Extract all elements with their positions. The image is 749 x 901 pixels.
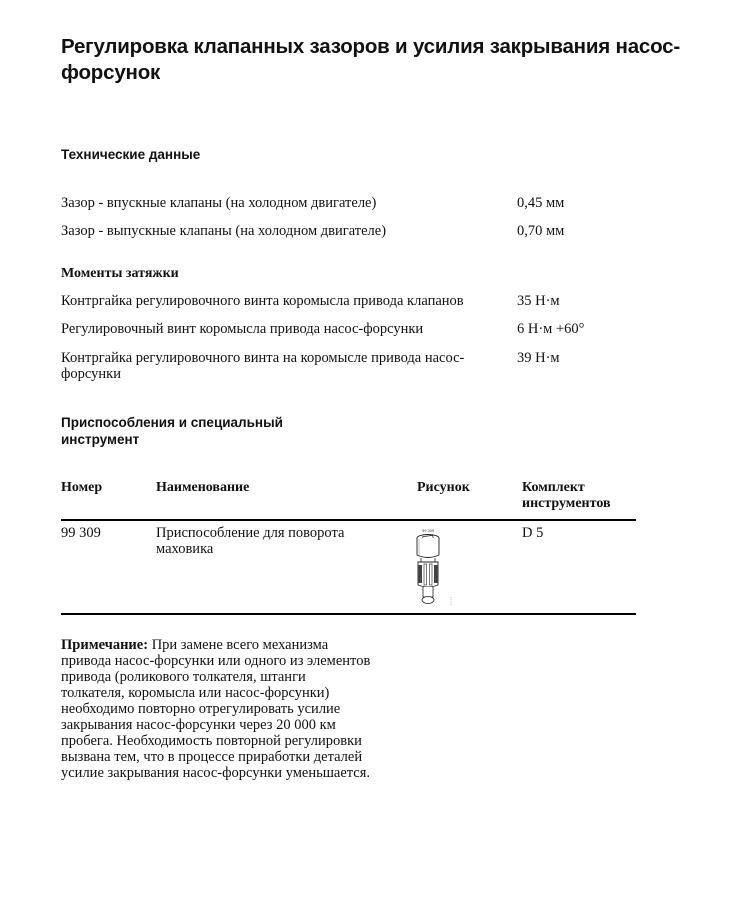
torque-label: Контргайка регулировочного винта на коро…	[61, 350, 511, 382]
document-page: Регулировка клапанных зазоров и усилия з…	[0, 0, 749, 901]
table-bottom-rule	[61, 613, 636, 615]
tools-heading: Приспособления и специальный инструмент	[61, 414, 321, 448]
torque-value: 35 Н·м	[517, 293, 560, 309]
note-paragraph: Примечание: При замене всего механизма п…	[61, 637, 371, 781]
torque-label: Регулировочный винт коромысла привода на…	[61, 321, 511, 337]
table-header-rule	[61, 519, 636, 521]
tool-name: Приспособление для поворота маховика	[156, 525, 386, 557]
note-label: Примечание:	[61, 637, 148, 653]
column-header-figure: Рисунок	[417, 480, 470, 496]
spec-label: Зазор - впускные клапаны (на холодном дв…	[61, 195, 511, 211]
column-header-kit: Комплект инструментов	[522, 480, 632, 512]
torque-value: 6 Н·м +60°	[517, 321, 584, 337]
spec-value: 0,70 мм	[517, 223, 564, 239]
tool-kit: D 5	[522, 525, 543, 541]
svg-text:99 309: 99 309	[422, 528, 435, 533]
tool-number: 99 309	[61, 525, 101, 541]
note-text: При замене всего механизма привода насос…	[61, 637, 370, 781]
torque-value: 39 Н·м	[517, 350, 560, 366]
column-header-name: Наименование	[156, 480, 249, 496]
spec-value: 0,45 мм	[517, 195, 564, 211]
technical-data-heading: Технические данные	[61, 146, 200, 163]
spec-label: Зазор - выпускные клапаны (на холодном д…	[61, 223, 511, 239]
flywheel-turning-tool-icon: 99 309	[410, 527, 462, 609]
torques-heading: Моменты затяжки	[61, 265, 179, 282]
torque-label: Контргайка регулировочного винта коромыс…	[61, 293, 511, 309]
column-header-number: Номер	[61, 480, 102, 496]
page-title: Регулировка клапанных зазоров и усилия з…	[61, 34, 731, 86]
